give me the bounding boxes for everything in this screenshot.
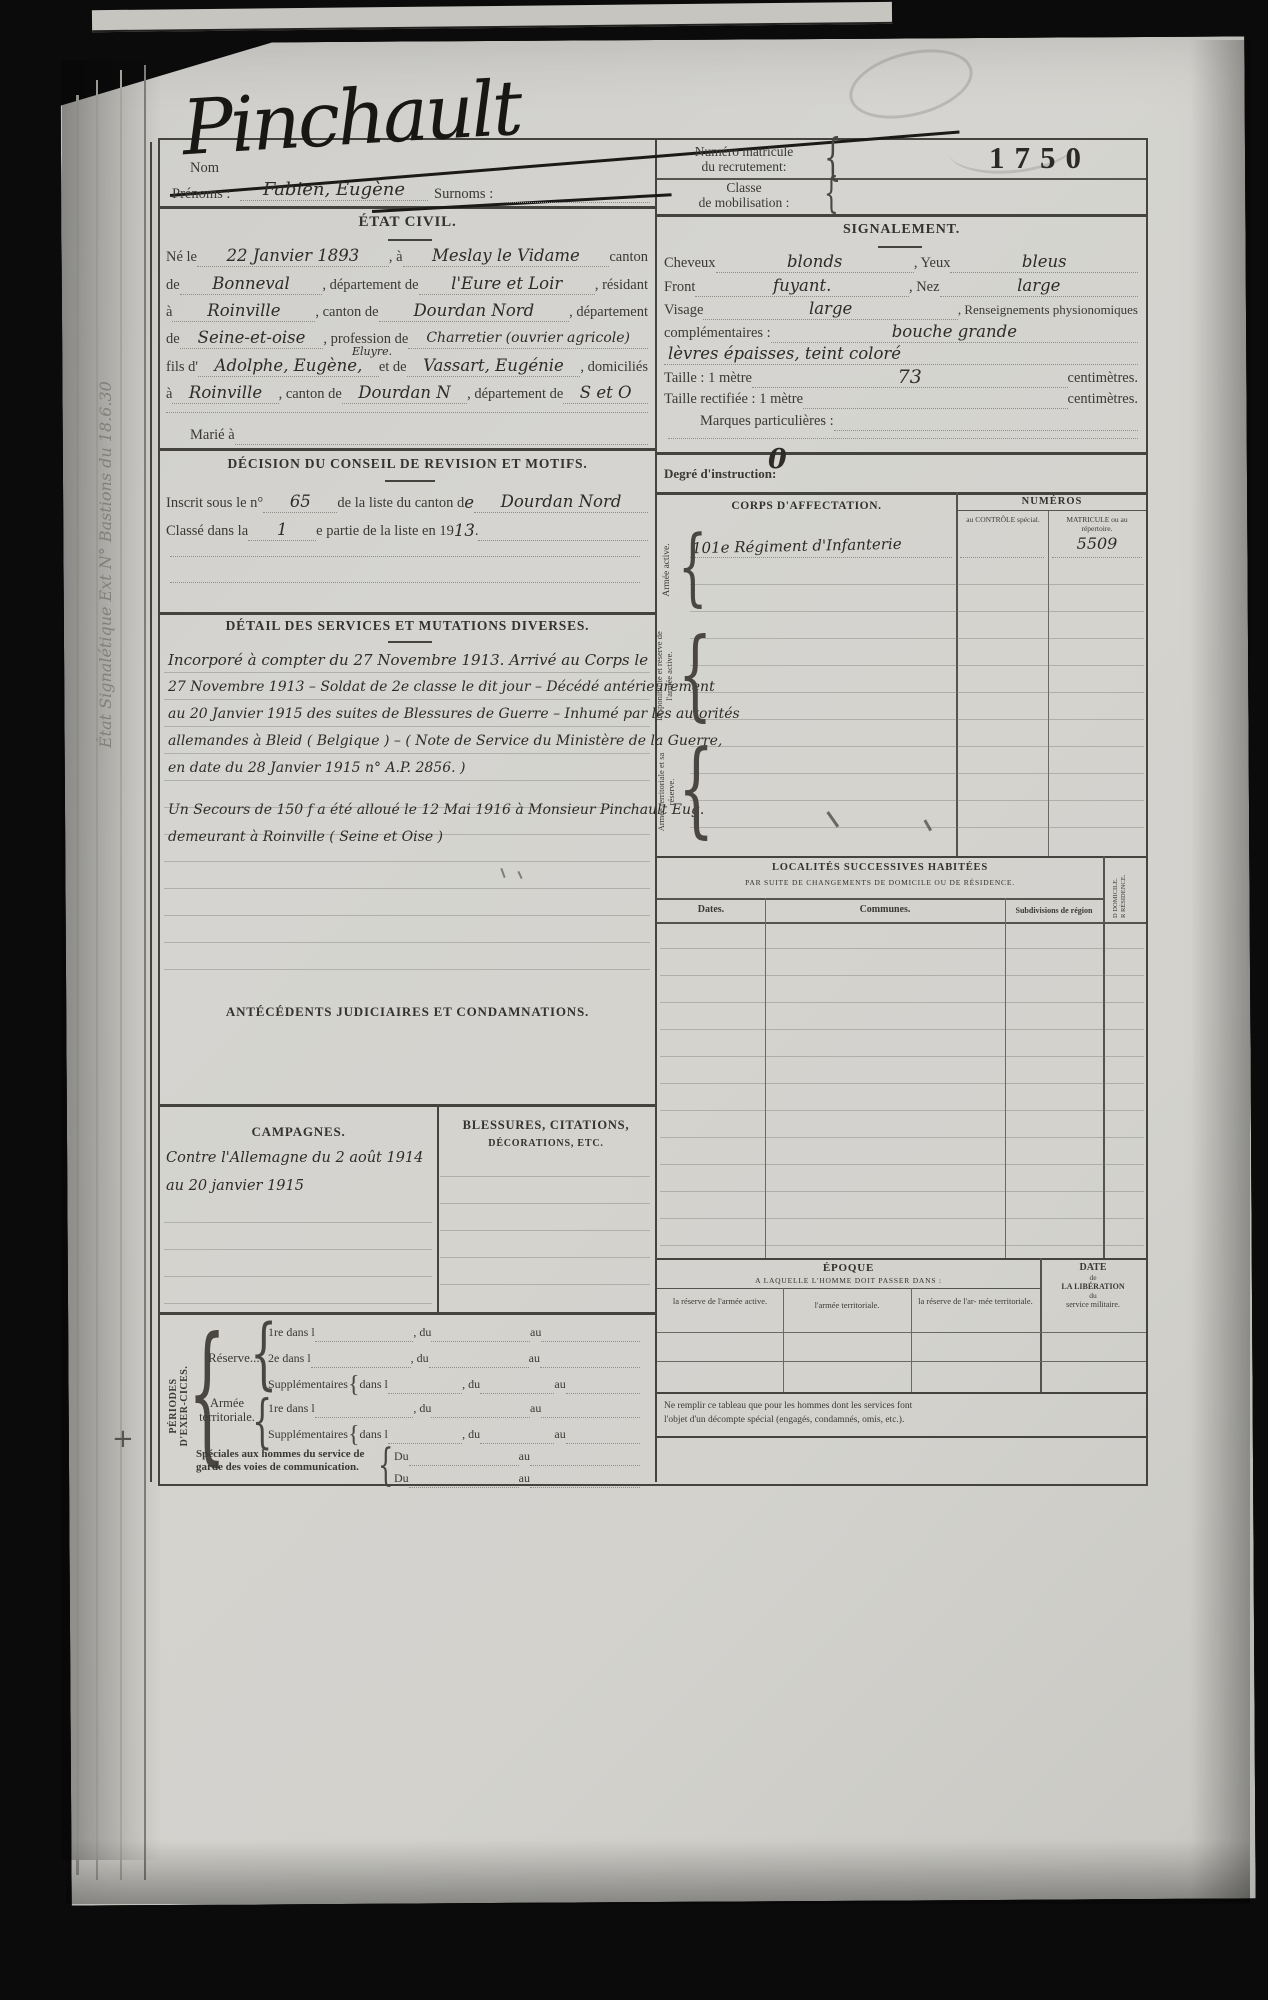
blank-field	[541, 1417, 640, 1418]
brace: {	[678, 736, 714, 840]
scanned-register-page: État Signalétique Ext N° Bastions du 18.…	[0, 0, 1268, 2000]
divider	[657, 1392, 1146, 1394]
classe-label: Classe de mobilisation :	[668, 180, 820, 210]
page-edge-line	[120, 70, 122, 1880]
value: Adolphe, Eugène,	[198, 356, 379, 377]
label: e partie de la liste en 19	[316, 521, 454, 541]
value: Roinville	[172, 301, 315, 322]
brace: {	[348, 1426, 360, 1444]
blank-field	[311, 1367, 411, 1368]
date-line: du	[1040, 1291, 1146, 1300]
label: Taille : 1 mètre	[664, 368, 752, 388]
margin-annotation: État Signalétique Ext N° Bastions du 18.…	[96, 318, 116, 748]
label: au	[529, 1348, 540, 1368]
divider	[160, 1312, 655, 1315]
divider	[437, 1104, 439, 1312]
antecedents-title: ANTÉCÉDENTS JUDICIAIRES ET CONDAMNATIONS…	[160, 1004, 655, 1020]
col-header-communes: Communes.	[765, 904, 1005, 915]
value: Bonneval	[180, 274, 323, 295]
label: 1re dans l	[268, 1322, 315, 1342]
periode-row: Supplémentaires { dans l , du au	[268, 1424, 640, 1444]
campagnes-entry: Contre l'Allemagne du 2 août 1914	[166, 1148, 423, 1168]
corps-header: CORPS D'AFFECTATION.	[657, 500, 956, 512]
value: lèvres épaisses, teint coloré	[664, 344, 1138, 365]
label: 2e dans l	[268, 1348, 311, 1368]
degre-value: 0	[768, 450, 787, 470]
blank-field	[170, 582, 640, 583]
label: Taille rectifiée : 1 mètre	[664, 389, 803, 409]
etat-civil-title: ÉTAT CIVIL.	[160, 214, 655, 231]
value: large	[940, 276, 1138, 297]
value: l'Eure et Loir	[419, 274, 595, 295]
blank-field	[480, 1443, 554, 1444]
label: , canton de	[315, 302, 378, 322]
epoque-subtitle: A LAQUELLE L'HOMME DOIT PASSER DANS :	[657, 1276, 1040, 1285]
blank-field	[431, 1417, 530, 1418]
ruled-lines	[660, 922, 1144, 1256]
value: 65	[263, 492, 337, 513]
label: Supplémentaires	[268, 1424, 348, 1444]
blank-field	[409, 1487, 519, 1488]
periodes-side-label: PÉRIODES D'EXER-CICES.	[168, 1364, 190, 1448]
taille-rectifiee-line: Taille rectifiée : 1 mètre centimètres.	[664, 389, 1138, 409]
signalement-title: SIGNALEMENT.	[657, 222, 1146, 238]
divider	[160, 448, 655, 451]
label: au	[554, 1424, 565, 1444]
services-title: DÉTAIL DES SERVICES ET MUTATIONS DIVERSE…	[160, 618, 655, 634]
periode-row: 2e dans l , du au	[268, 1348, 640, 1368]
divider	[657, 898, 1103, 900]
value: Roinville	[172, 383, 278, 404]
blank-field	[235, 444, 648, 445]
date-line: de	[1040, 1273, 1146, 1282]
residence-label: R RÉSIDENCE.	[1120, 858, 1128, 918]
bottom-edge-shade	[66, 1840, 1250, 1904]
speciales-label: Spéciales aux hommes du service de garde…	[196, 1448, 380, 1474]
blank-field	[480, 1393, 554, 1394]
label: complémentaires :	[664, 323, 771, 343]
blank-field	[960, 557, 1044, 558]
blank-field	[429, 1367, 529, 1368]
label: , du	[413, 1398, 431, 1418]
periode-row: 1re dans l , du au	[268, 1398, 640, 1418]
divider	[657, 856, 1146, 858]
etat-civil-line6: à Roinville , canton de Dourdan N , dépa…	[166, 383, 648, 404]
value: Meslay le Vidame	[403, 246, 610, 267]
label: , du	[462, 1424, 480, 1444]
label: de	[166, 329, 180, 349]
label: , Yeux	[914, 253, 951, 273]
prenoms-value: Fabien, Eugène	[240, 180, 428, 201]
label: Du	[394, 1468, 409, 1488]
marie-label: Marié à	[190, 425, 235, 445]
periode-row: Du au	[394, 1468, 640, 1488]
blank-field	[409, 1465, 519, 1466]
right-edge-shade	[1190, 40, 1250, 1902]
blank-field	[834, 430, 1138, 431]
numeros-header: NUMÉROS	[958, 496, 1146, 507]
blank-field	[530, 1465, 640, 1466]
services-p1-line: Incorporé à compter du 27 Novembre 1913.…	[168, 650, 648, 670]
value: large	[703, 299, 957, 320]
date-line: service militaire.	[1040, 1300, 1146, 1309]
blank-field	[540, 1367, 640, 1368]
value: 1	[248, 520, 316, 541]
matricule-entry: 5509	[1050, 534, 1144, 554]
divider	[657, 1436, 1146, 1438]
degre-label: Degré d'instruction:	[664, 464, 776, 484]
divider	[911, 1288, 912, 1392]
ruled-lines	[440, 1150, 650, 1308]
prenoms-label: Prénoms :	[172, 184, 230, 204]
marie-line: Marié à	[190, 425, 648, 445]
signalement-line: Front fuyant. , Nez large	[664, 276, 1138, 297]
label: Inscrit sous le n°	[166, 493, 263, 513]
decision-line2: Classé dans la 1 e partie de la liste en…	[166, 520, 648, 541]
label: Visage	[664, 300, 703, 320]
label: Classé dans la	[166, 521, 248, 541]
ruled-lines	[164, 1196, 432, 1308]
divider	[657, 1332, 1146, 1333]
marques-line: Marques particulières :	[700, 411, 1138, 431]
value: S et O	[563, 383, 648, 404]
value: blonds	[716, 252, 914, 273]
blank-field	[690, 557, 952, 558]
blank-field	[566, 1393, 640, 1394]
divider	[657, 1258, 1146, 1260]
signalement-line: complémentaires : bouche grande	[664, 322, 1138, 343]
label: au	[519, 1468, 530, 1488]
brace: {	[824, 172, 839, 214]
ruled-lines	[164, 646, 650, 996]
divider	[160, 1104, 655, 1107]
page-edge-line	[144, 65, 146, 1880]
taille-line: Taille : 1 mètre 73 centimètres.	[664, 367, 1138, 388]
campagnes-title: CAMPAGNES.	[160, 1124, 437, 1140]
value: 22 Janvier 1893	[197, 246, 389, 267]
side-label-disponibilite: Disponibilité et réserve de l'armée acti…	[655, 624, 674, 728]
surnoms-label: Surnoms :	[434, 184, 493, 204]
brace: {	[348, 1376, 360, 1394]
label: , à	[389, 247, 403, 267]
controle-col-header: au CONTRÔLE spécial.	[960, 515, 1046, 524]
etat-civil-line2: de Bonneval , département de l'Eure et L…	[166, 274, 648, 295]
label: centimètres.	[1068, 368, 1138, 388]
side-label-territoriale: Armée territoriale et sa réserve.	[657, 740, 676, 844]
matricule-col-header: MATRICULE ou au répertoire.	[1050, 515, 1144, 533]
value: Dourdan Nord	[379, 301, 570, 322]
label: , du	[413, 1322, 431, 1342]
value: 73	[752, 367, 1068, 388]
periode-row: Du au	[394, 1446, 640, 1466]
plus-mark: +	[112, 1424, 134, 1454]
brace: {	[678, 524, 707, 608]
label: , du	[411, 1348, 429, 1368]
epoque-col2: l'armée territoriale.	[785, 1300, 909, 1310]
date-line: DATE	[1040, 1262, 1146, 1273]
divider	[956, 510, 1146, 511]
value: Dourdan N	[342, 383, 467, 404]
value: Vassart, Eugénie	[407, 356, 581, 377]
blank-field	[530, 1487, 640, 1488]
label: Front	[664, 277, 695, 297]
note-line: Ne remplir ce tableau que pour les homme…	[664, 1399, 1140, 1413]
matricule-label: Numéro matricule du recrutement:	[668, 144, 820, 174]
signalement-line: lèvres épaisses, teint coloré	[664, 344, 1138, 365]
value: 13	[454, 521, 475, 541]
label: Né le	[166, 247, 197, 267]
blank-field	[505, 202, 650, 203]
divider	[150, 142, 152, 1482]
value: bouche grande	[771, 322, 1138, 343]
blank-field	[478, 540, 648, 541]
divider	[657, 452, 1146, 455]
periode-row: 1re dans l , du au	[268, 1322, 640, 1342]
side-label-armee-active: Armée active.	[662, 526, 672, 614]
label: canton	[609, 247, 648, 267]
blank-field	[170, 556, 640, 557]
heading-underline	[388, 641, 432, 643]
value: Dourdan Nord	[474, 492, 648, 513]
value: e	[464, 493, 474, 513]
col-header-dates: Dates.	[657, 904, 765, 915]
label: , Renseignements physionomiques	[958, 300, 1138, 320]
nom-label: Nom	[190, 158, 219, 178]
etat-civil-line5: fils d' Adolphe, Eugène, et de Vassart, …	[166, 356, 648, 377]
epoque-col3: la réserve de l'ar- mée territoriale.	[913, 1296, 1038, 1306]
label: , du	[462, 1374, 480, 1394]
brace: {	[678, 626, 712, 724]
label: Marques particulières :	[700, 411, 834, 431]
decision-line1: Inscrit sous le n° 65 de la liste du can…	[166, 492, 648, 513]
divider	[657, 1361, 1146, 1362]
label: , domiciliés	[580, 357, 648, 377]
services-p1-line: 27 Novembre 1913 – Soldat de 2e classe l…	[168, 677, 715, 697]
label: de la liste du canton d	[337, 493, 464, 513]
value: Seine-et-oise	[180, 328, 324, 349]
heading-underline	[388, 239, 432, 241]
blank-field	[1052, 557, 1142, 558]
blank-field	[388, 1443, 462, 1444]
label: 1re dans l	[268, 1398, 315, 1418]
blank-field	[541, 1341, 640, 1342]
page-edge-sliver	[92, 2, 892, 32]
blessures-subtitle: DÉCORATIONS, ETC.	[437, 1138, 655, 1149]
brace: {	[378, 1444, 393, 1488]
label: au	[519, 1446, 530, 1466]
name-overlay-handwriting: Pinchault	[180, 70, 522, 166]
page-edge-line	[76, 95, 79, 1875]
label: de	[166, 275, 180, 295]
label: , département de	[322, 275, 418, 295]
liberation-date-header: DATE de LA LIBÉRATION du service militai…	[1040, 1262, 1146, 1309]
col-header-domicile-residence: D DOMICILE. R RÉSIDENCE.	[1112, 858, 1128, 918]
classe-label-line1: Classe	[668, 180, 820, 195]
blank-field	[668, 438, 1138, 439]
label: dans l	[360, 1374, 388, 1394]
campagnes-entry: au 20 janvier 1915	[166, 1176, 304, 1196]
note-line: l'objet d'un décompte spécial (engagés, …	[664, 1413, 1140, 1427]
label: Supplémentaires	[268, 1374, 348, 1394]
prenoms-field: Fabien, Eugène	[240, 180, 428, 201]
label: fils d'	[166, 357, 198, 377]
matricule-label-line1: Numéro matricule	[668, 144, 820, 159]
matricule-label-line2: du recrutement:	[668, 159, 820, 174]
blank-field	[566, 1443, 640, 1444]
services-p1-line: allemandes à Bleid ( Belgique ) – ( Note…	[168, 731, 722, 751]
periode-row: Supplémentaires { dans l , du au	[268, 1374, 640, 1394]
blank-field	[431, 1341, 530, 1342]
ruled-lines	[690, 558, 1144, 854]
services-p2-line: demeurant à Roinville ( Seine et Oise )	[168, 827, 443, 847]
divider	[160, 612, 655, 615]
blank-field	[315, 1417, 414, 1418]
brace: {	[188, 1318, 226, 1468]
localites-subtitle: PAR SUITE DE CHANGEMENTS DE DOMICILE OU …	[657, 878, 1103, 887]
blank-field	[315, 1341, 414, 1342]
value: fuyant.	[695, 276, 909, 297]
heading-underline	[878, 246, 922, 248]
label: centimètres.	[1068, 389, 1138, 409]
blank-field	[803, 408, 1067, 409]
value: bleus	[950, 252, 1138, 273]
territoriale-label: Armée territoriale.	[198, 1396, 256, 1424]
classe-label-line2: de mobilisation :	[668, 195, 820, 210]
label: Du	[394, 1446, 409, 1466]
matricule-value: 1750	[955, 140, 1125, 176]
label: , Nez	[909, 277, 940, 297]
label: Cheveux	[664, 253, 716, 273]
label: au	[530, 1322, 541, 1342]
blank-field	[166, 412, 648, 413]
label: .	[475, 521, 479, 541]
decision-title: DÉCISION DU CONSEIL DE REVISION ET MOTIF…	[160, 456, 655, 472]
label: , résidant	[595, 275, 648, 295]
services-p2-line: Un Secours de 150 f a été alloué le 12 M…	[168, 800, 704, 820]
divider	[657, 214, 1146, 217]
divider	[783, 1288, 784, 1392]
signalement-line: Cheveux blonds , Yeux bleus	[664, 252, 1138, 273]
heading-underline	[385, 480, 435, 482]
label: au	[554, 1374, 565, 1394]
label: et de	[379, 357, 407, 377]
etat-civil-line4: de Seine-et-oise , profession de Charret…	[166, 328, 648, 349]
epoque-note: Ne remplir ce tableau que pour les homme…	[664, 1399, 1140, 1427]
services-p1-line: en date du 28 Janvier 1915 n° A.P. 2856.…	[168, 758, 466, 778]
etat-civil-line3: à Roinville , canton de Dourdan Nord , d…	[166, 301, 648, 322]
signalement-line: Visage large , Renseignements physionomi…	[664, 299, 1138, 320]
label: , département	[569, 302, 648, 322]
label: , département de	[467, 384, 563, 404]
epoque-col1: la réserve de l'armée active.	[659, 1296, 781, 1306]
date-line: LA LIBÉRATION	[1040, 1282, 1146, 1291]
localites-title: LOCALITÉS SUCCESSIVES HABITÉES	[657, 862, 1103, 873]
col-header-subdivisions: Subdivisions de région	[1005, 906, 1103, 915]
divider	[657, 1288, 1040, 1289]
epoque-title: ÉPOQUE	[657, 1262, 1040, 1274]
blessures-title: BLESSURES, CITATIONS,	[437, 1118, 655, 1133]
etat-civil-line1: Né le 22 Janvier 1893 , à Meslay le Vida…	[166, 246, 648, 267]
value: Charretier (ouvrier agricole)	[408, 328, 648, 349]
domicile-label: D DOMICILE.	[1112, 858, 1120, 918]
blank-field	[388, 1393, 462, 1394]
divider	[657, 492, 1146, 495]
label: au	[530, 1398, 541, 1418]
label: , canton de	[279, 384, 342, 404]
